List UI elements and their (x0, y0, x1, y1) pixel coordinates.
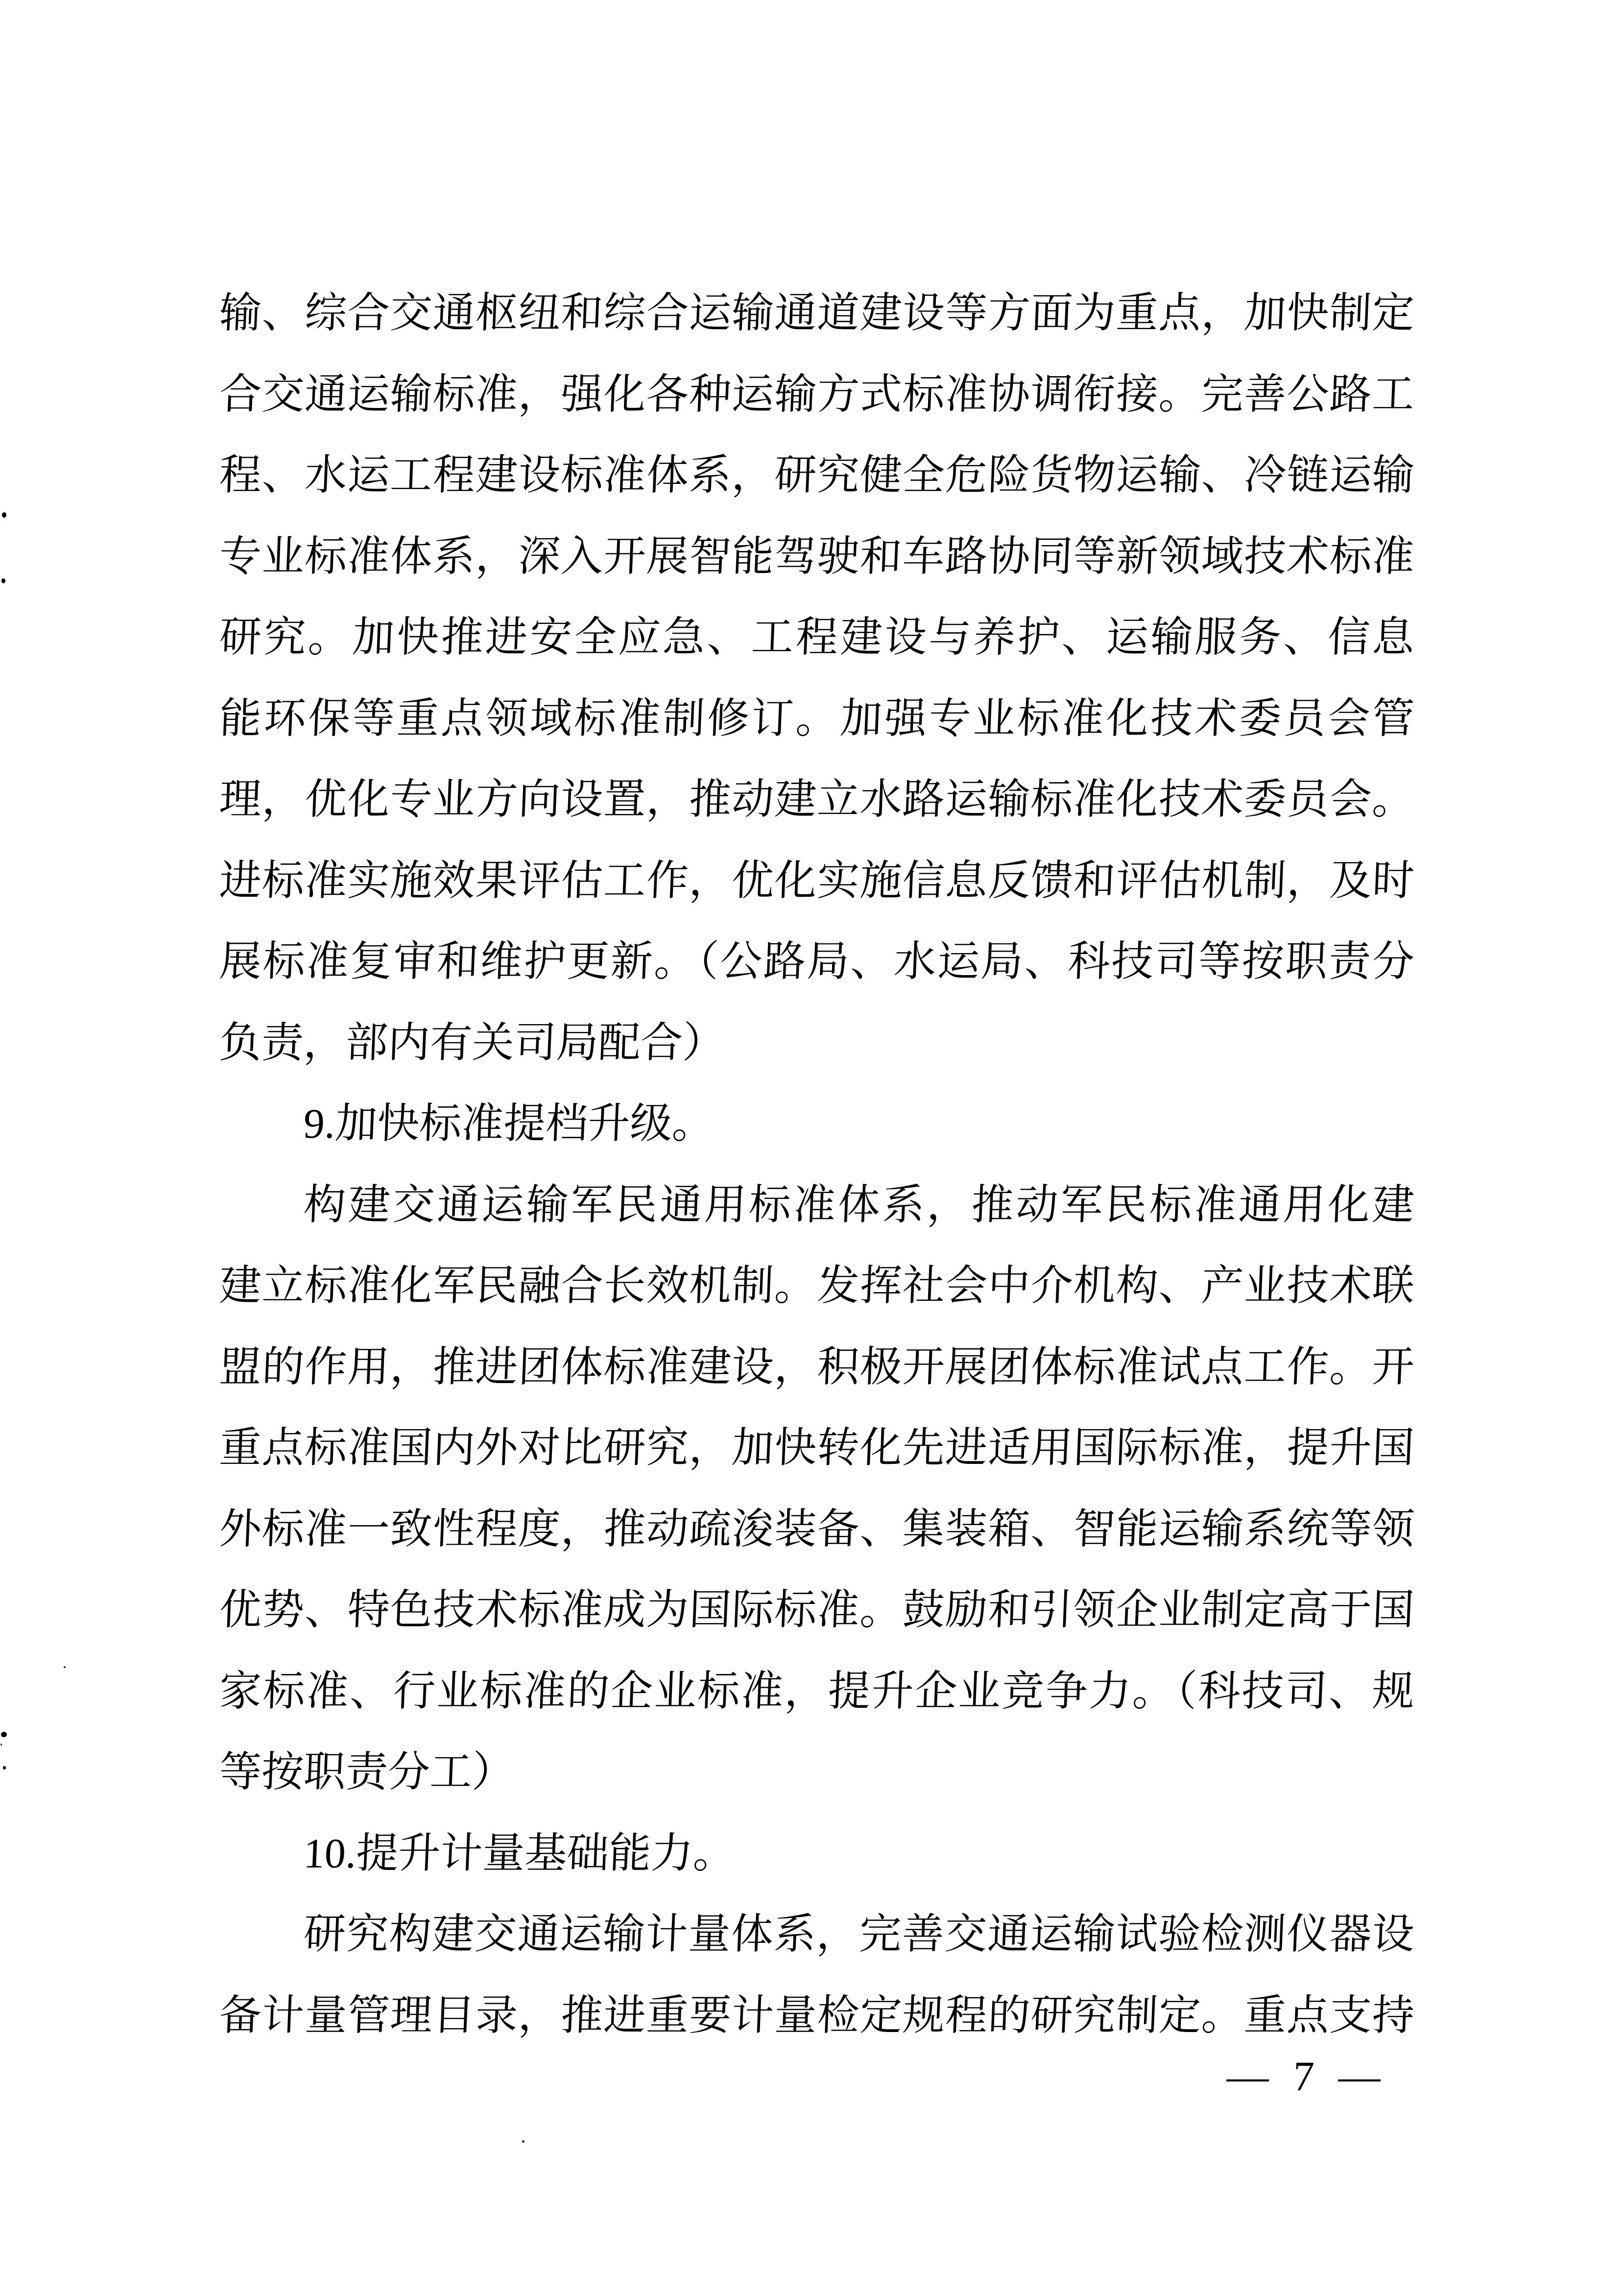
page-number: — 7 — (1226, 2055, 1381, 2097)
text-line: 外标准一致性程度，推动疏浚装备、集装箱、智能运输系统等领域 (218, 1489, 1416, 1570)
ink-speck (64, 1666, 66, 1668)
text-line: 研究。加快推进安全应急、工程建设与养护、运输服务、信息化、节 (218, 597, 1416, 678)
ink-speck (1, 578, 5, 583)
ink-speck (0, 1744, 2, 1746)
text-line: 重点标准国内外对比研究，加快转化先进适用国际标准，提升国内 (218, 1408, 1416, 1489)
text-line: 盟的作用，推进团体标准建设，积极开展团体标准试点工作。开展 (218, 1327, 1416, 1408)
text-line: 程、水运工程建设标准体系，研究健全危险货物运输、冷链运输等 (218, 435, 1416, 516)
text-line: 输、综合交通枢纽和综合运输通道建设等方面为重点，加快制定综 (218, 273, 1416, 354)
text-line: 理，优化专业方向设置，推动建立水路运输标准化技术委员会。推 (218, 759, 1416, 840)
ink-speck (1, 1732, 7, 1737)
ink-speck (2, 512, 6, 518)
ink-speck (522, 2140, 525, 2143)
text-line: 10.提升计量基础能力。 (218, 1813, 1416, 1894)
text-line: 优势、特色技术标准成为国际标准。鼓励和引领企业制定高于国 (218, 1570, 1416, 1651)
text-line: 构建交通运输军民通用标准体系，推动军民标准通用化建设， (218, 1165, 1416, 1246)
text-line: 9.加快标准提档升级。 (218, 1083, 1416, 1165)
text-line: 展标准复审和维护更新。（公路局、水运局、科技司等按职责分工 (218, 921, 1416, 1003)
text-line: 合交通运输标准，强化各种运输方式标准协调衔接。完善公路工 (218, 354, 1416, 435)
text-line: 建立标准化军民融合长效机制。发挥社会中介机构、产业技术联 (218, 1245, 1416, 1327)
document-page: 输、综合交通枢纽和综合运输通道建设等方面为重点，加快制定综合交通运输标准，强化各… (0, 0, 1622, 2296)
ink-speck (3, 1766, 6, 1770)
text-line: 家标准、行业标准的企业标准，提升企业竞争力。（科技司、规划司 (218, 1651, 1416, 1732)
text-line: 能环保等重点领域标准制修订。加强专业标准化技术委员会管 (218, 678, 1416, 760)
text-line: 负责，部内有关司局配合） (218, 1003, 1416, 1084)
text-line: 专业标准体系，深入开展智能驾驶和车路协同等新领域技术标准 (218, 516, 1416, 598)
document-body: 输、综合交通枢纽和综合运输通道建设等方面为重点，加快制定综合交通运输标准，强化各… (219, 273, 1414, 2056)
text-line: 备计量管理目录，推进重要计量检定规程的研究制定。重点支持 (218, 1975, 1416, 2057)
text-line: 进标准实施效果评估工作，优化实施信息反馈和评估机制，及时开 (218, 840, 1416, 922)
text-line: 研究构建交通运输计量体系，完善交通运输试验检测仪器设 (218, 1894, 1416, 1975)
text-line: 等按职责分工） (218, 1732, 1416, 1813)
